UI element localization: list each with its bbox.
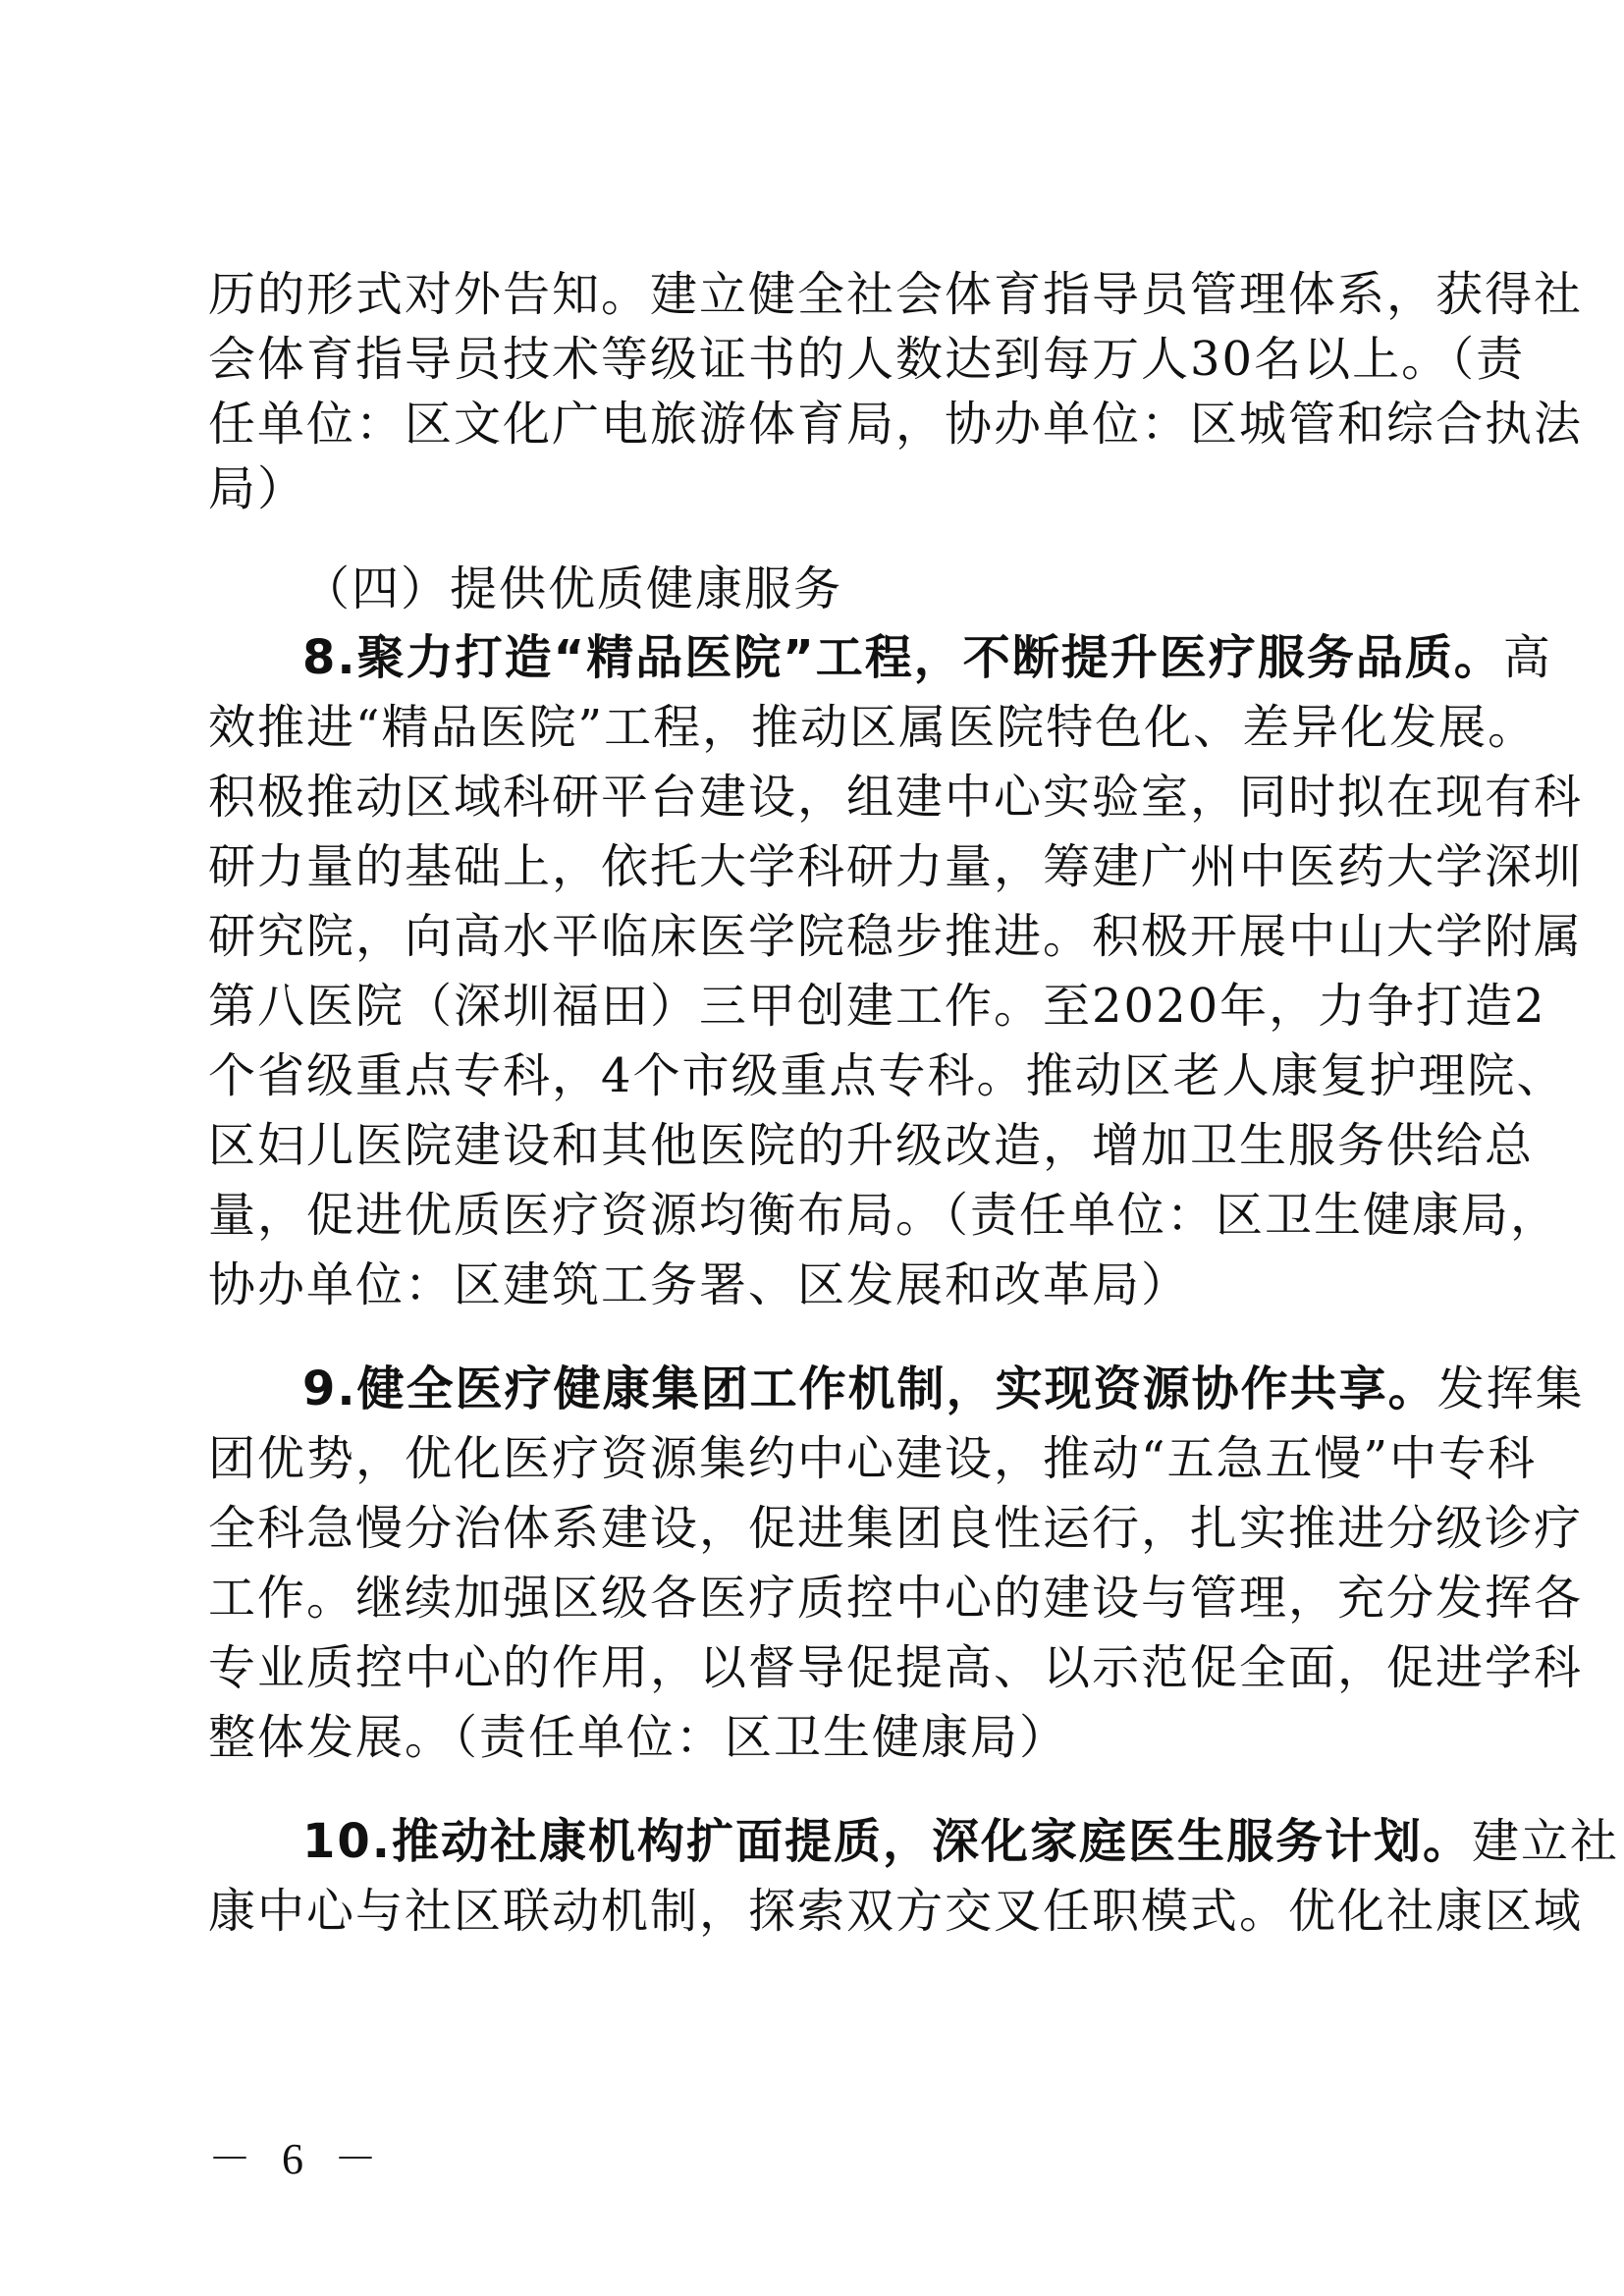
section-heading: （四）提供优质健康服务 — [208, 555, 1429, 623]
paragraph-line: 专业质控中心的作用，以督导促提高、以示范促全面，促进学科 — [208, 1633, 1429, 1702]
item-10-first-line: 10.推动社康机构扩面提质，深化家庭医生服务计划。建立社 — [208, 1807, 1429, 1876]
paragraph-line: 任单位：区文化广电旅游体育局，协办单位：区城管和综合执法 — [208, 390, 1429, 458]
item-number: 9. — [302, 1362, 357, 1416]
item-title: 聚力打造“精品医院”工程，不断提升医疗服务品质。 — [357, 630, 1503, 685]
paragraph-line: 会体育指导员技术等级证书的人数达到每万人30名以上。（责 — [208, 325, 1429, 394]
item-9-first-line: 9.健全医疗健康集团工作机制，实现资源协作共享。发挥集 — [208, 1355, 1429, 1423]
item-8-first-line: 8.聚力打造“精品医院”工程，不断提升医疗服务品质。高 — [208, 623, 1429, 692]
document-page: 历的形式对外告知。建立健全社会体育指导员管理体系，获得社 会体育指导员技术等级证… — [0, 0, 1624, 2296]
paragraph-line: 整体发展。（责任单位：区卫生健康局） — [208, 1703, 1429, 1772]
paragraph-line: 协办单位：区建筑工务署、区发展和改革局） — [208, 1251, 1429, 1319]
paragraph-line: 历的形式对外告知。建立健全社会体育指导员管理体系，获得社 — [208, 260, 1429, 329]
item-text: 发挥集 — [1437, 1362, 1585, 1416]
paragraph-line: 工作。继续加强区级各医疗质控中心的建设与管理，充分发挥各 — [208, 1564, 1429, 1632]
paragraph-line: 康中心与社区联动机制，探索双方交叉任职模式。优化社康区域 — [208, 1877, 1429, 1946]
paragraph-line: 积极推动区域科研平台建设，组建中心实验室，同时拟在现有科 — [208, 763, 1429, 831]
item-text: 建立社 — [1472, 1814, 1619, 1869]
paragraph-line: 团优势，优化医疗资源集约中心建设，推动“五急五慢”中专科 — [208, 1424, 1429, 1493]
paragraph-line: 个省级重点专科，4个市级重点专科。推动区老人康复护理院、 — [208, 1041, 1429, 1110]
page-number: － 6 － — [208, 2130, 387, 2189]
paragraph-line: 全科急慢分治体系建设，促进集团良性运行，扎实推进分级诊疗 — [208, 1494, 1429, 1563]
item-text: 高 — [1503, 630, 1552, 685]
item-title: 健全医疗健康集团工作机制，实现资源协作共享。 — [357, 1362, 1437, 1416]
item-title: 推动社康机构扩面提质，深化家庭医生服务计划。 — [392, 1814, 1472, 1869]
paragraph-line: 第八医院（深圳福田）三甲创建工作。至2020年，力争打造2 — [208, 972, 1429, 1041]
item-number: 10. — [302, 1814, 392, 1869]
paragraph-line: 研力量的基础上，依托大学科研力量，筹建广州中医药大学深圳 — [208, 832, 1429, 901]
item-number: 8. — [302, 630, 357, 685]
paragraph-line: 局） — [208, 454, 1429, 523]
paragraph-line: 量，促进优质医疗资源均衡布局。（责任单位：区卫生健康局， — [208, 1181, 1429, 1250]
paragraph-line: 研究院，向高水平临床医学院稳步推进。积极开展中山大学附属 — [208, 902, 1429, 971]
paragraph-line: 效推进“精品医院”工程，推动区属医院特色化、差异化发展。 — [208, 693, 1429, 762]
paragraph-line: 区妇儿医院建设和其他医院的升级改造，增加卫生服务供给总 — [208, 1111, 1429, 1180]
section-heading-text: （四）提供优质健康服务 — [302, 561, 842, 616]
